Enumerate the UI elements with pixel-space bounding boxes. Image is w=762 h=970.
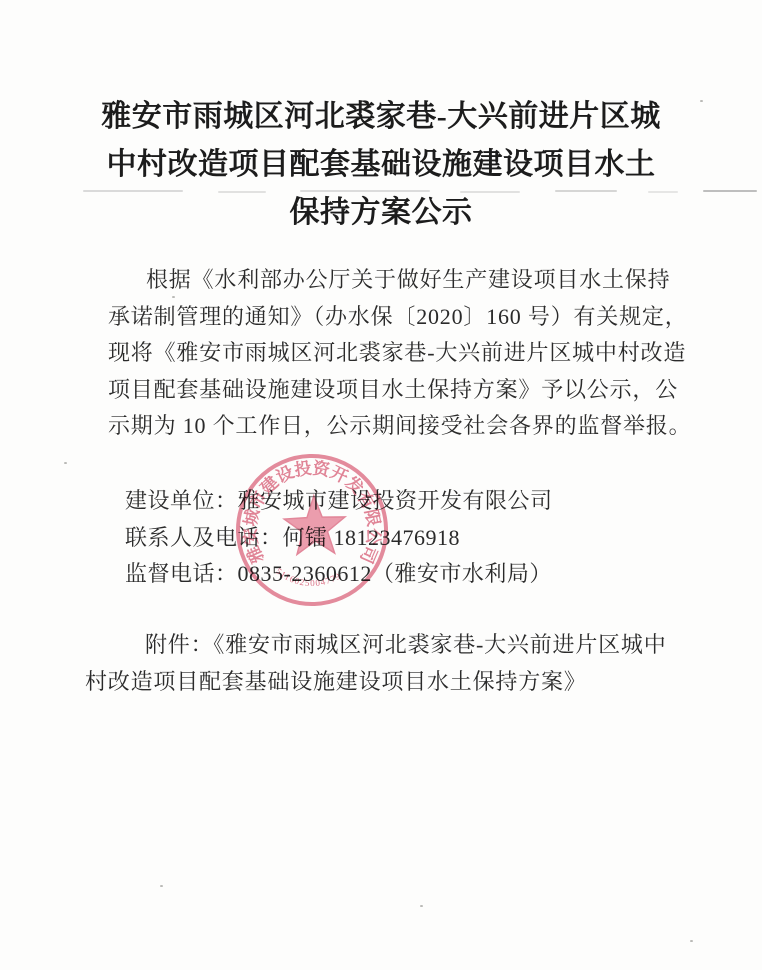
title-line: 保持方案公示: [0, 189, 762, 237]
scan-speck: [160, 885, 163, 887]
title-line: 雅安市雨城区河北裘家巷-大兴前进片区城: [0, 93, 762, 141]
notice-body: 根据《水利部办公厅关于做好生产建设项目水土保持 承诺制管理的通知》（办水保〔20…: [108, 262, 684, 445]
seal-star-icon: [283, 495, 346, 555]
body-line: 示期为 10 个工作日，公示期间接受社会各界的监督举报。: [108, 408, 684, 445]
scan-speck: [64, 462, 67, 464]
attachment-block: 附件：《雅安市雨城区河北裘家巷-大兴前进片区城中 村改造项目配套基础设施建设项目…: [85, 626, 685, 700]
body-line: 根据《水利部办公厅关于做好生产建设项目水土保持: [108, 262, 684, 299]
attachment-line: 村改造项目配套基础设施建设项目水土保持方案》: [85, 663, 685, 700]
attachment-line: 附件：《雅安市雨城区河北裘家巷-大兴前进片区城中: [85, 626, 685, 663]
scan-speck: [420, 905, 423, 907]
scan-speck: [690, 940, 693, 942]
body-line: 现将《雅安市雨城区河北裘家巷-大兴前进片区城中村改造: [108, 335, 684, 372]
body-line: 承诺制管理的通知》（办水保〔2020〕160 号）有关规定，: [108, 299, 684, 336]
document-page: 雅安市雨城区河北裘家巷-大兴前进片区城 中村改造项目配套基础设施建设项目水土 保…: [0, 0, 762, 970]
company-seal-stamp: 雅安城市建设投资开发有限公司 5116025004779: [229, 447, 394, 612]
title-line: 中村改造项目配套基础设施建设项目水土: [0, 141, 762, 189]
seal-serial-number: 5116025004779: [274, 564, 343, 590]
body-line: 项目配套基础设施建设项目水土保持方案》予以公示，公: [108, 372, 684, 409]
page-title: 雅安市雨城区河北裘家巷-大兴前进片区城 中村改造项目配套基础设施建设项目水土 保…: [0, 93, 762, 237]
